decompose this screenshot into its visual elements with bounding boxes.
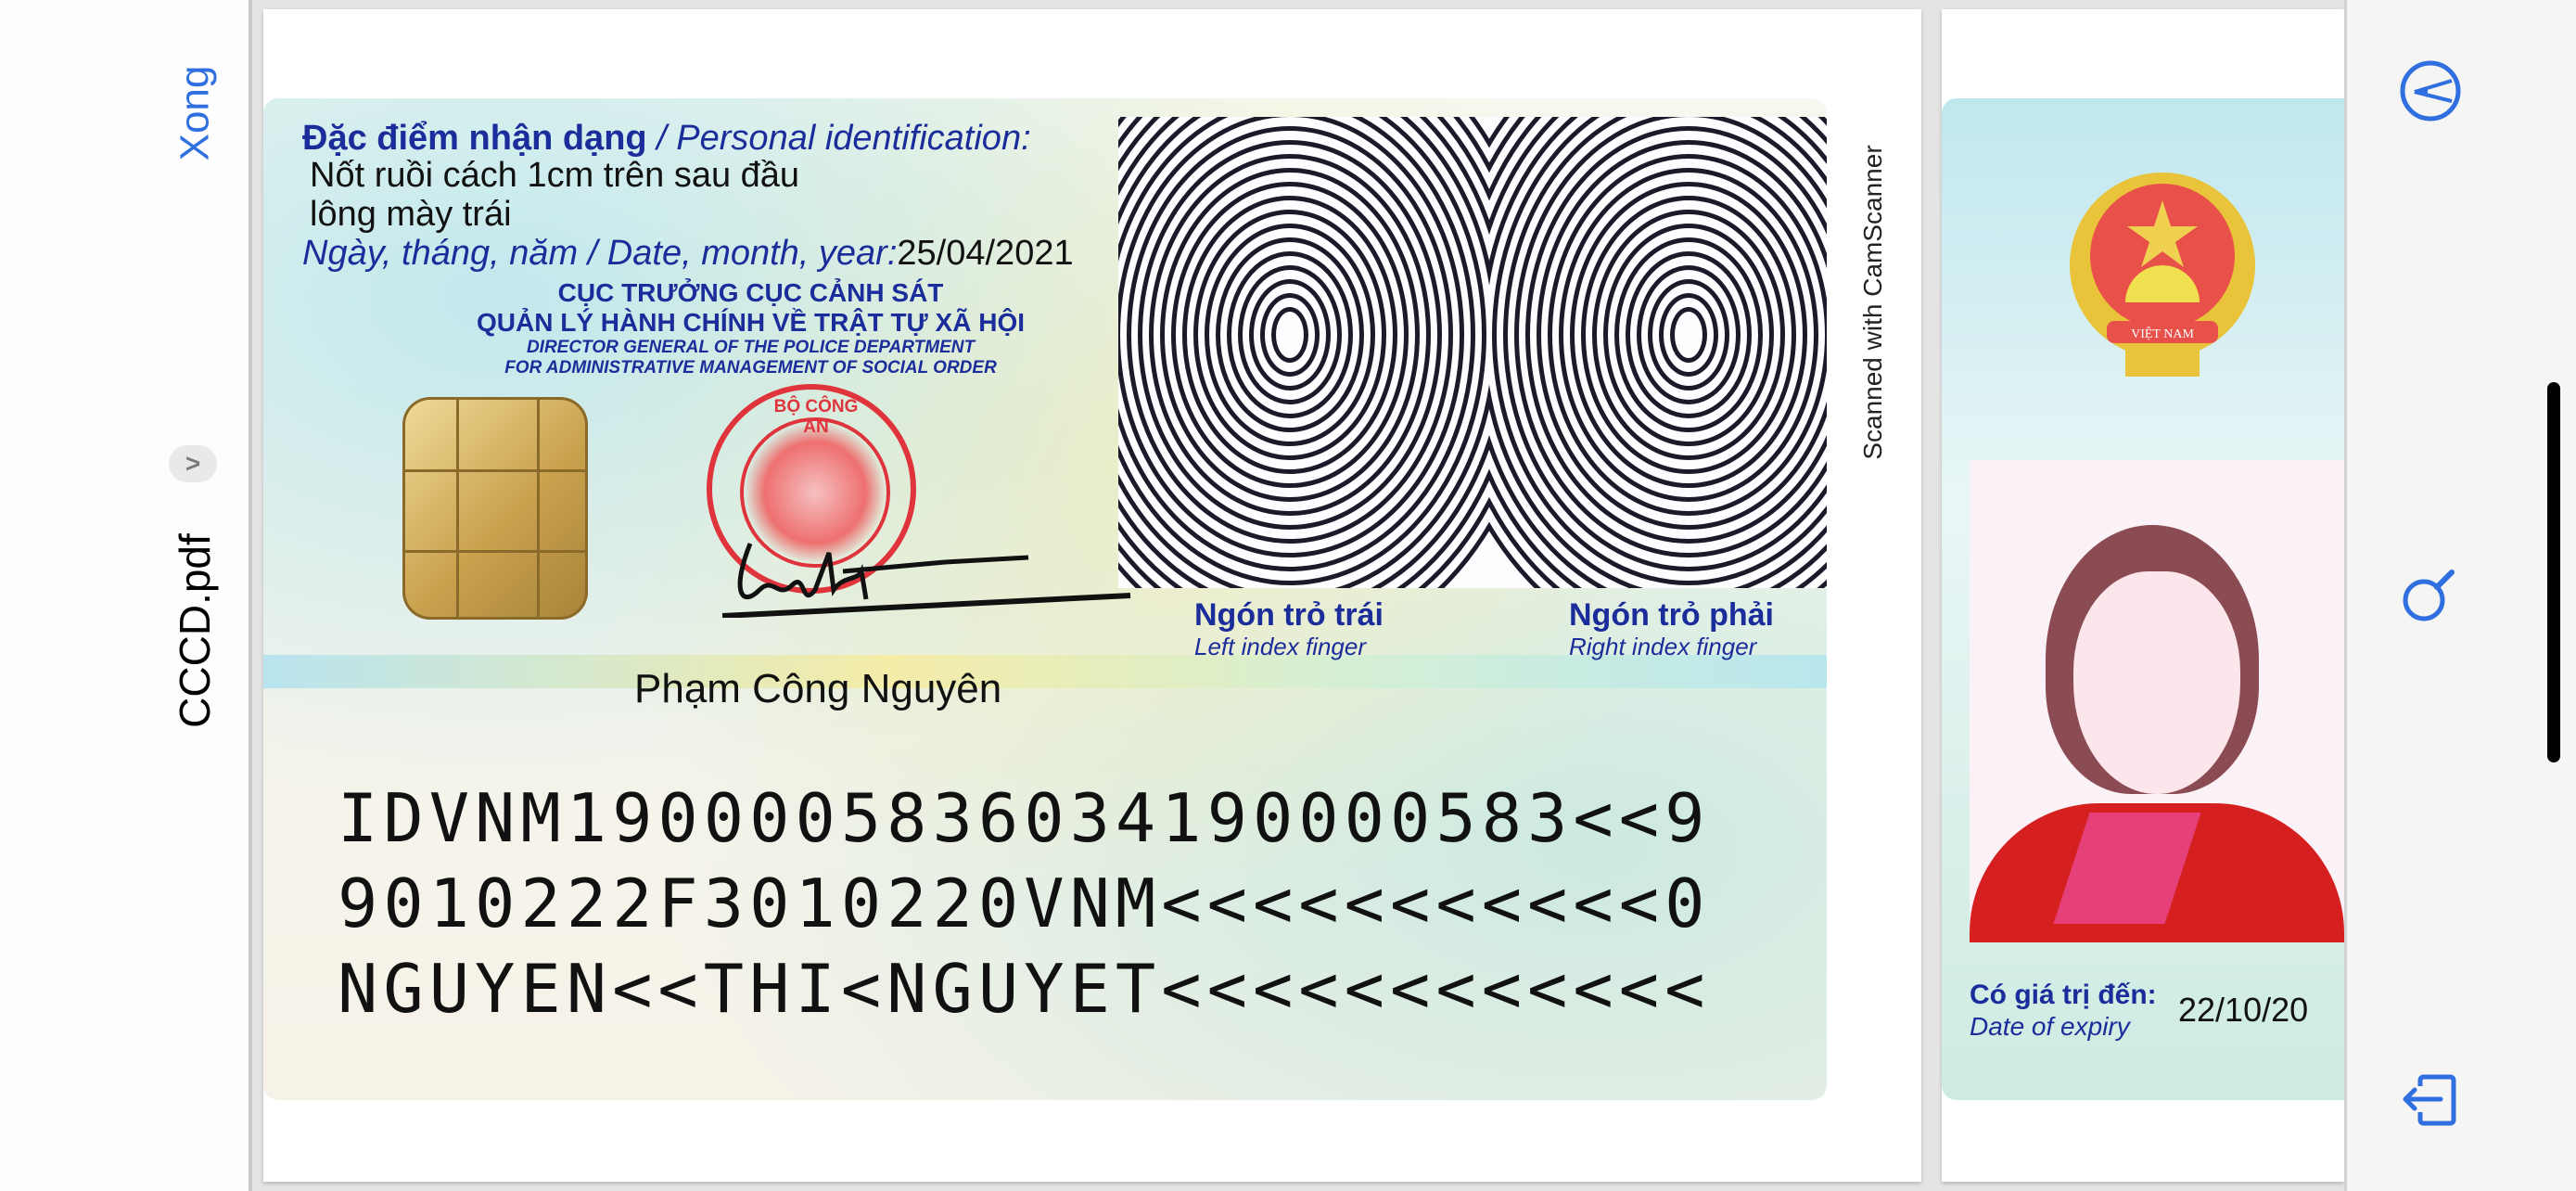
export-icon	[2398, 1068, 2463, 1133]
left-finger-label: Ngón trỏ trái	[1194, 597, 1384, 634]
markup-button[interactable]	[2393, 54, 2468, 128]
identification-value: Nốt ruồi cách 1cm trên sau đầu lông mày …	[310, 156, 799, 234]
expiry-label: Có giá trị đến:	[1970, 980, 2157, 1011]
done-button[interactable]: Xong	[167, 58, 223, 169]
national-emblem-icon: VIỆT NAM	[2060, 163, 2264, 386]
issuing-authority: CỤC TRƯỞNG CỤC CẢNH SÁT QUẢN LÝ HÀNH CHÍ…	[477, 278, 1025, 378]
signature	[722, 534, 1140, 618]
expiry-date: 22/10/20	[2178, 991, 2308, 1030]
pdf-page-1: Đặc điểm nhận dạng / Personal identifica…	[263, 9, 1921, 1182]
left-navigation-bar: Xong > CCCD.pdf	[0, 0, 252, 1191]
pdf-page-2: VIỆT NAM Có giá trị đến: Date of expiry …	[1942, 9, 2344, 1182]
identification-label: Đặc điểm nhận dạng / Personal identifica…	[302, 119, 1031, 159]
id-card-back-image: Đặc điểm nhận dạng / Personal identifica…	[263, 98, 1827, 1100]
issue-date-value: 25/04/2021	[897, 234, 1073, 273]
document-title-group[interactable]: > CCCD.pdf	[158, 445, 232, 751]
camscanner-watermark: Scanned with CamScanner	[1827, 9, 1921, 1182]
scroll-handle[interactable]	[2547, 382, 2560, 762]
id-card-front-image: VIỆT NAM Có giá trị đến: Date of expiry …	[1942, 98, 2344, 1100]
right-fingerprint-image	[1489, 117, 1827, 588]
issue-date-label: Ngày, tháng, năm / Date, month, year:25/…	[302, 234, 1074, 274]
mrz-line-3: NGUYEN<<THI<NGUYET<<<<<<<<<<<<	[338, 946, 1710, 1031]
export-button[interactable]	[2393, 1063, 2468, 1137]
search-icon	[2398, 561, 2463, 626]
right-finger-label: Ngón trỏ phải	[1569, 597, 1774, 634]
search-button[interactable]	[2393, 557, 2468, 631]
right-finger-label-en: Right index finger	[1569, 633, 1756, 661]
done-label: Xong	[172, 66, 218, 161]
svg-text:VIỆT NAM: VIỆT NAM	[2131, 326, 2194, 341]
markup-pen-icon	[2398, 58, 2463, 123]
mrz-line-2: 9010222F3010220VNM<<<<<<<<<<<0	[338, 861, 1710, 946]
portrait-photo	[1970, 460, 2344, 942]
right-toolbar	[2344, 0, 2576, 1191]
left-finger-label-en: Left index finger	[1194, 633, 1366, 661]
document-title-text: CCCD.pdf	[170, 533, 220, 728]
chip-icon	[402, 397, 588, 620]
document-title: CCCD.pdf	[167, 510, 223, 751]
pdf-viewer[interactable]: Đặc điểm nhận dạng / Personal identifica…	[252, 0, 2344, 1191]
left-fingerprint-image	[1118, 117, 1491, 588]
expiry-label-en: Date of expiry	[1970, 1012, 2130, 1042]
signer-name: Phạm Công Nguyên	[634, 666, 1001, 712]
chevron-right-icon: >	[185, 449, 200, 479]
mrz-line-1: IDVNM1900005836034190000583<<9	[338, 775, 1710, 861]
machine-readable-zone: IDVNM1900005836034190000583<<9 9010222F3…	[338, 775, 1710, 1031]
title-menu-button[interactable]: >	[169, 445, 217, 482]
